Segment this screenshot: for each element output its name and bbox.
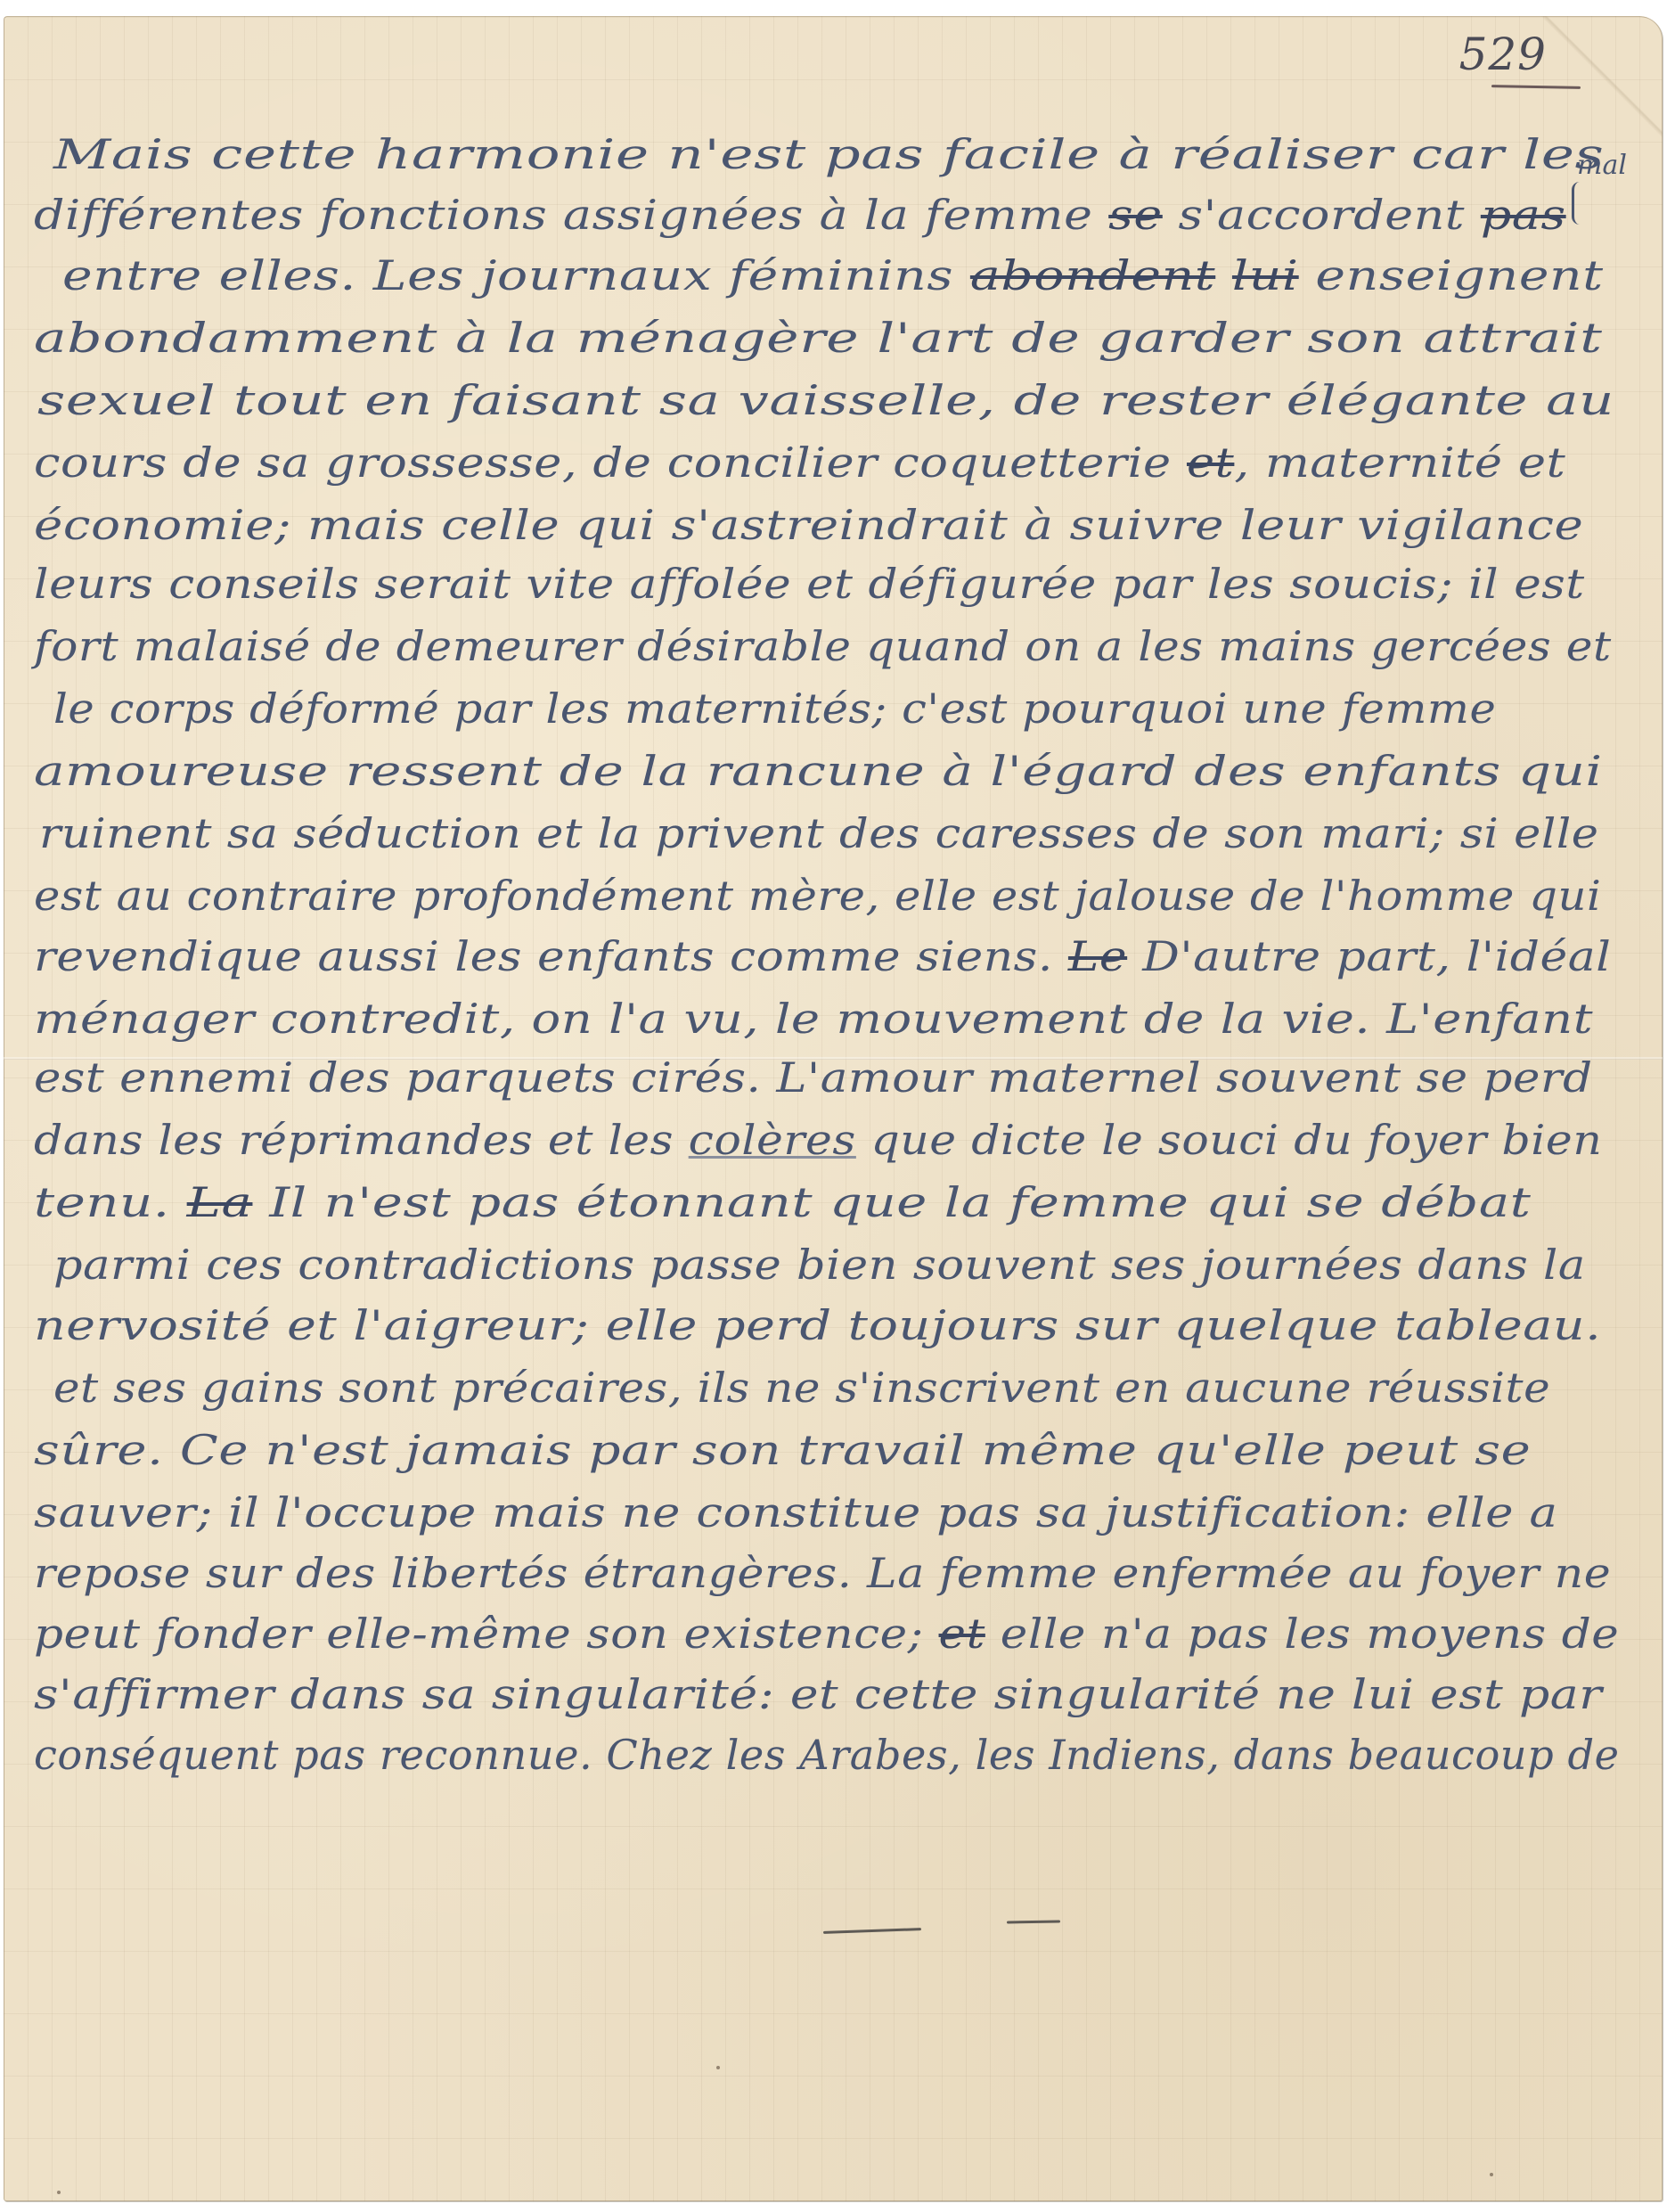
- underlined-word: colères: [689, 1116, 856, 1164]
- manuscript-line: dans les réprimandes et les colères que …: [34, 1116, 1602, 1164]
- manuscript-line: nervosité et l'aigreur; elle perd toujou…: [34, 1301, 1601, 1349]
- manuscript-line: sûre. Ce n'est jamais par son travail mê…: [34, 1426, 1531, 1474]
- manuscript-line: parmi ces contradictions passe bien souv…: [53, 1241, 1586, 1289]
- manuscript-line: sexuel tout en faisant sa vaisselle, de …: [37, 376, 1614, 424]
- struck-through-word: Le: [1068, 932, 1127, 980]
- closing-dash-right: [1007, 1920, 1060, 1923]
- manuscript-line: amoureuse ressent de la rancune à l'égar…: [34, 747, 1603, 795]
- manuscript-line: est au contraire profondément mère, elle…: [34, 872, 1601, 920]
- manuscript-line: ruinent sa séduction et la privent des c…: [39, 809, 1599, 857]
- paper-speck: [57, 2191, 61, 2194]
- line-text: et ses gains sont précaires, ils ne s'in…: [53, 1364, 1550, 1412]
- line-text: revendique aussi les enfants comme siens…: [34, 932, 1068, 980]
- struck-through-word: se: [1108, 191, 1163, 239]
- manuscript-line: peut fonder elle-même son existence; et …: [34, 1610, 1619, 1658]
- page-number: 529: [1459, 29, 1547, 80]
- line-text: sexuel tout en faisant sa vaisselle, de …: [37, 376, 1614, 424]
- line-text: conséquent pas reconnue. Chez les Arabes…: [34, 1731, 1619, 1779]
- line-text: repose sur des libertés étrangères. La f…: [34, 1549, 1611, 1597]
- line-text: entre elles. Les journaux féminins: [62, 251, 970, 299]
- line-text: [1215, 251, 1232, 299]
- closing-dash-left: [823, 1928, 921, 1934]
- line-text: , maternité et: [1234, 438, 1565, 487]
- margin-bracket: [1572, 182, 1580, 225]
- line-text: enseignent: [1299, 251, 1604, 299]
- manuscript-line: repose sur des libertés étrangères. La f…: [34, 1549, 1611, 1597]
- line-text: amoureuse ressent de la rancune à l'égar…: [34, 747, 1603, 795]
- manuscript-line: fort malaisé de demeurer désirable quand…: [34, 622, 1612, 670]
- struck-through-word: lui: [1232, 251, 1299, 299]
- struck-through-word: La: [187, 1178, 253, 1226]
- page-number-underline: [1491, 85, 1581, 89]
- paper-speck: [716, 2066, 720, 2069]
- manuscript-page: 529 mal Mais cette harmonie n'est pas fa…: [4, 16, 1663, 2201]
- manuscript-line: abondamment à la ménagère l'art de garde…: [34, 314, 1603, 362]
- corner-crease: [1538, 16, 1663, 141]
- manuscript-line: sauver; il l'occupe mais ne constitue pa…: [34, 1488, 1558, 1536]
- line-text: est ennemi des parquets cirés. L'amour m…: [34, 1053, 1593, 1102]
- line-text: ruinent sa séduction et la privent des c…: [39, 809, 1599, 857]
- struck-through-word: et: [1187, 438, 1234, 487]
- manuscript-line: cours de sa grossesse, de concilier coqu…: [34, 438, 1565, 487]
- line-text: que dicte le souci du foyer bien: [856, 1116, 1602, 1164]
- line-text: fort malaisé de demeurer désirable quand…: [34, 622, 1612, 670]
- manuscript-line: le corps déformé par les maternités; c'e…: [53, 684, 1496, 733]
- line-text: peut fonder elle-même son existence;: [34, 1610, 939, 1658]
- manuscript-line: s'affirmer dans sa singularité: et cette…: [34, 1670, 1602, 1718]
- manuscript-line: tenu. La Il n'est pas étonnant que la fe…: [34, 1178, 1532, 1226]
- manuscript-line: et ses gains sont précaires, ils ne s'in…: [53, 1364, 1550, 1412]
- line-text: parmi ces contradictions passe bien souv…: [53, 1241, 1586, 1289]
- line-text: est au contraire profondément mère, elle…: [34, 872, 1601, 920]
- manuscript-line: Mais cette harmonie n'est pas facile à r…: [53, 130, 1605, 178]
- line-text: cours de sa grossesse, de concilier coqu…: [34, 438, 1187, 487]
- line-text: le corps déformé par les maternités; c'e…: [53, 684, 1496, 733]
- paper-speck: [1490, 2173, 1493, 2176]
- struck-through-word: et: [939, 1610, 985, 1658]
- manuscript-line: entre elles. Les journaux féminins abond…: [62, 251, 1604, 299]
- manuscript-line: différentes fonctions assignées à la fem…: [34, 191, 1566, 239]
- manuscript-line: leurs conseils serait vite affolée et dé…: [34, 560, 1585, 608]
- line-text: différentes fonctions assignées à la fem…: [34, 191, 1108, 239]
- line-text: s'accordent: [1163, 191, 1481, 239]
- manuscript-line: conséquent pas reconnue. Chez les Arabes…: [34, 1731, 1619, 1779]
- manuscript-line: ménager contredit, on l'a vu, le mouveme…: [34, 995, 1593, 1043]
- line-text: Il n'est pas étonnant que la femme qui s…: [252, 1178, 1531, 1226]
- line-text: leurs conseils serait vite affolée et dé…: [34, 560, 1585, 608]
- line-text: s'affirmer dans sa singularité: et cette…: [34, 1670, 1602, 1718]
- line-text: Mais cette harmonie n'est pas facile à r…: [53, 130, 1605, 178]
- line-text: nervosité et l'aigreur; elle perd toujou…: [34, 1301, 1601, 1349]
- line-text: sûre. Ce n'est jamais par son travail mê…: [34, 1426, 1531, 1474]
- line-text: tenu.: [34, 1178, 187, 1226]
- manuscript-line: est ennemi des parquets cirés. L'amour m…: [34, 1053, 1593, 1102]
- manuscript-line: revendique aussi les enfants comme siens…: [34, 932, 1611, 980]
- line-text: sauver; il l'occupe mais ne constitue pa…: [34, 1488, 1558, 1536]
- struck-through-word: pas: [1481, 191, 1566, 239]
- line-text: dans les réprimandes et les: [34, 1116, 689, 1164]
- line-text: ménager contredit, on l'a vu, le mouveme…: [34, 995, 1593, 1043]
- line-text: D'autre part, l'idéal: [1127, 932, 1611, 980]
- manuscript-line: économie; mais celle qui s'astreindrait …: [34, 501, 1583, 549]
- line-text: elle n'a pas les moyens de: [985, 1610, 1619, 1658]
- line-text: abondamment à la ménagère l'art de garde…: [34, 314, 1603, 362]
- struck-through-word: abondent: [970, 251, 1215, 299]
- line-text: économie; mais celle qui s'astreindrait …: [34, 501, 1583, 549]
